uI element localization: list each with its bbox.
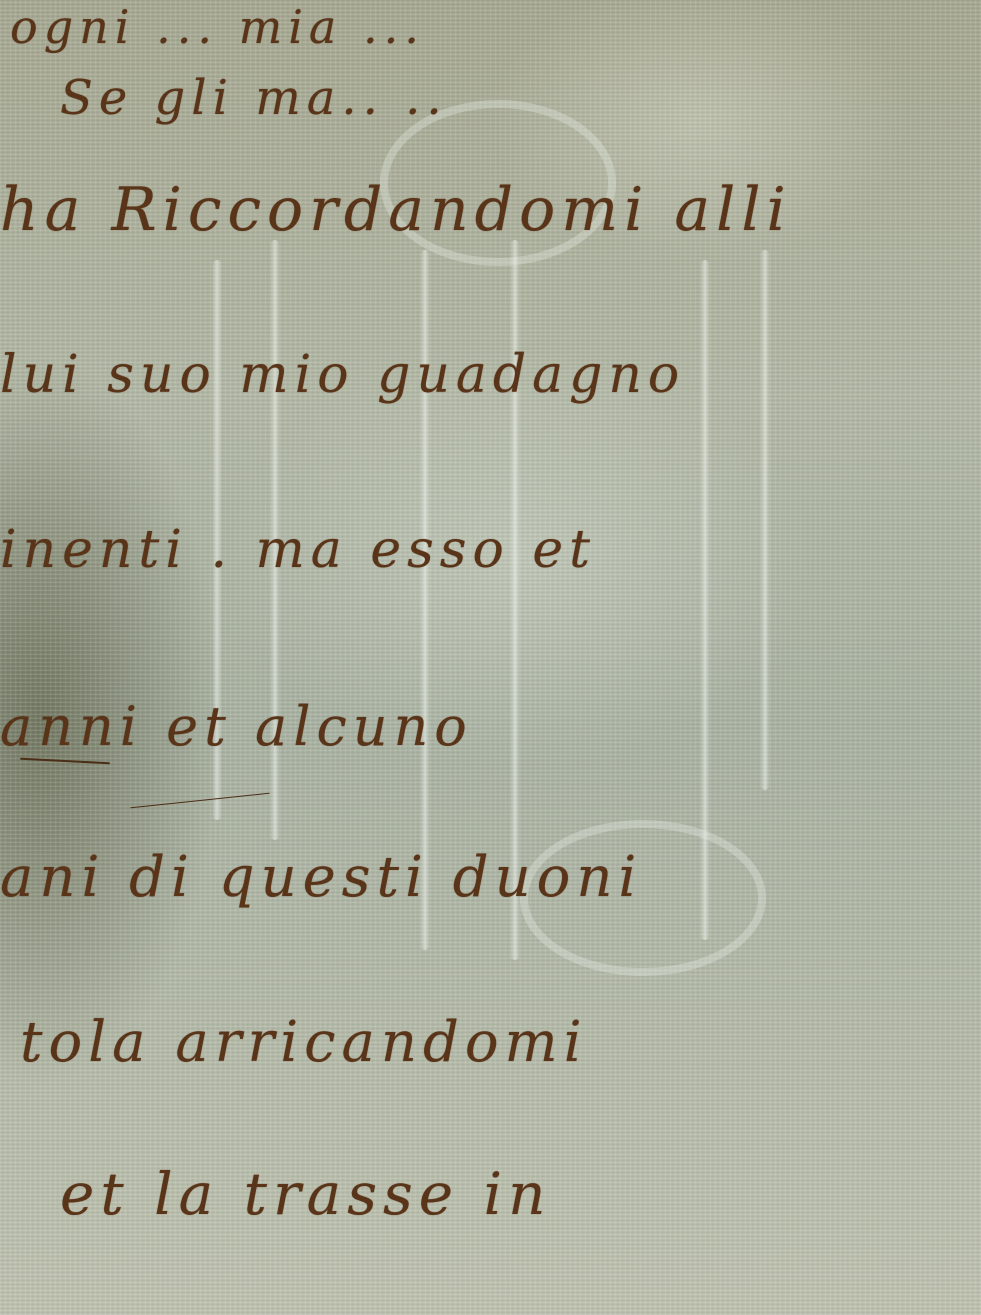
manuscript-page: ogni ... mia ... Se gli ma.. .. ha Ricco… <box>0 0 981 1315</box>
text-line-7: ani di questi duoni <box>0 845 642 910</box>
paper-crack <box>130 793 269 809</box>
text-line-9: et la trasse in <box>60 1160 551 1228</box>
text-line-4: lui suo mio guadagno <box>0 345 685 405</box>
text-line-8: tola arricandomi <box>20 1010 588 1075</box>
text-line-2: Se gli ma.. .. <box>60 70 448 126</box>
text-line-6: anni et alcuno <box>0 695 473 758</box>
paper-crack <box>20 758 110 765</box>
text-line-3: ha Riccordandomi alli <box>0 175 792 245</box>
watermark-chain-line <box>760 250 770 790</box>
text-line-1: ogni ... mia ... <box>10 0 425 54</box>
text-line-5: inenti . ma esso et <box>0 520 596 580</box>
